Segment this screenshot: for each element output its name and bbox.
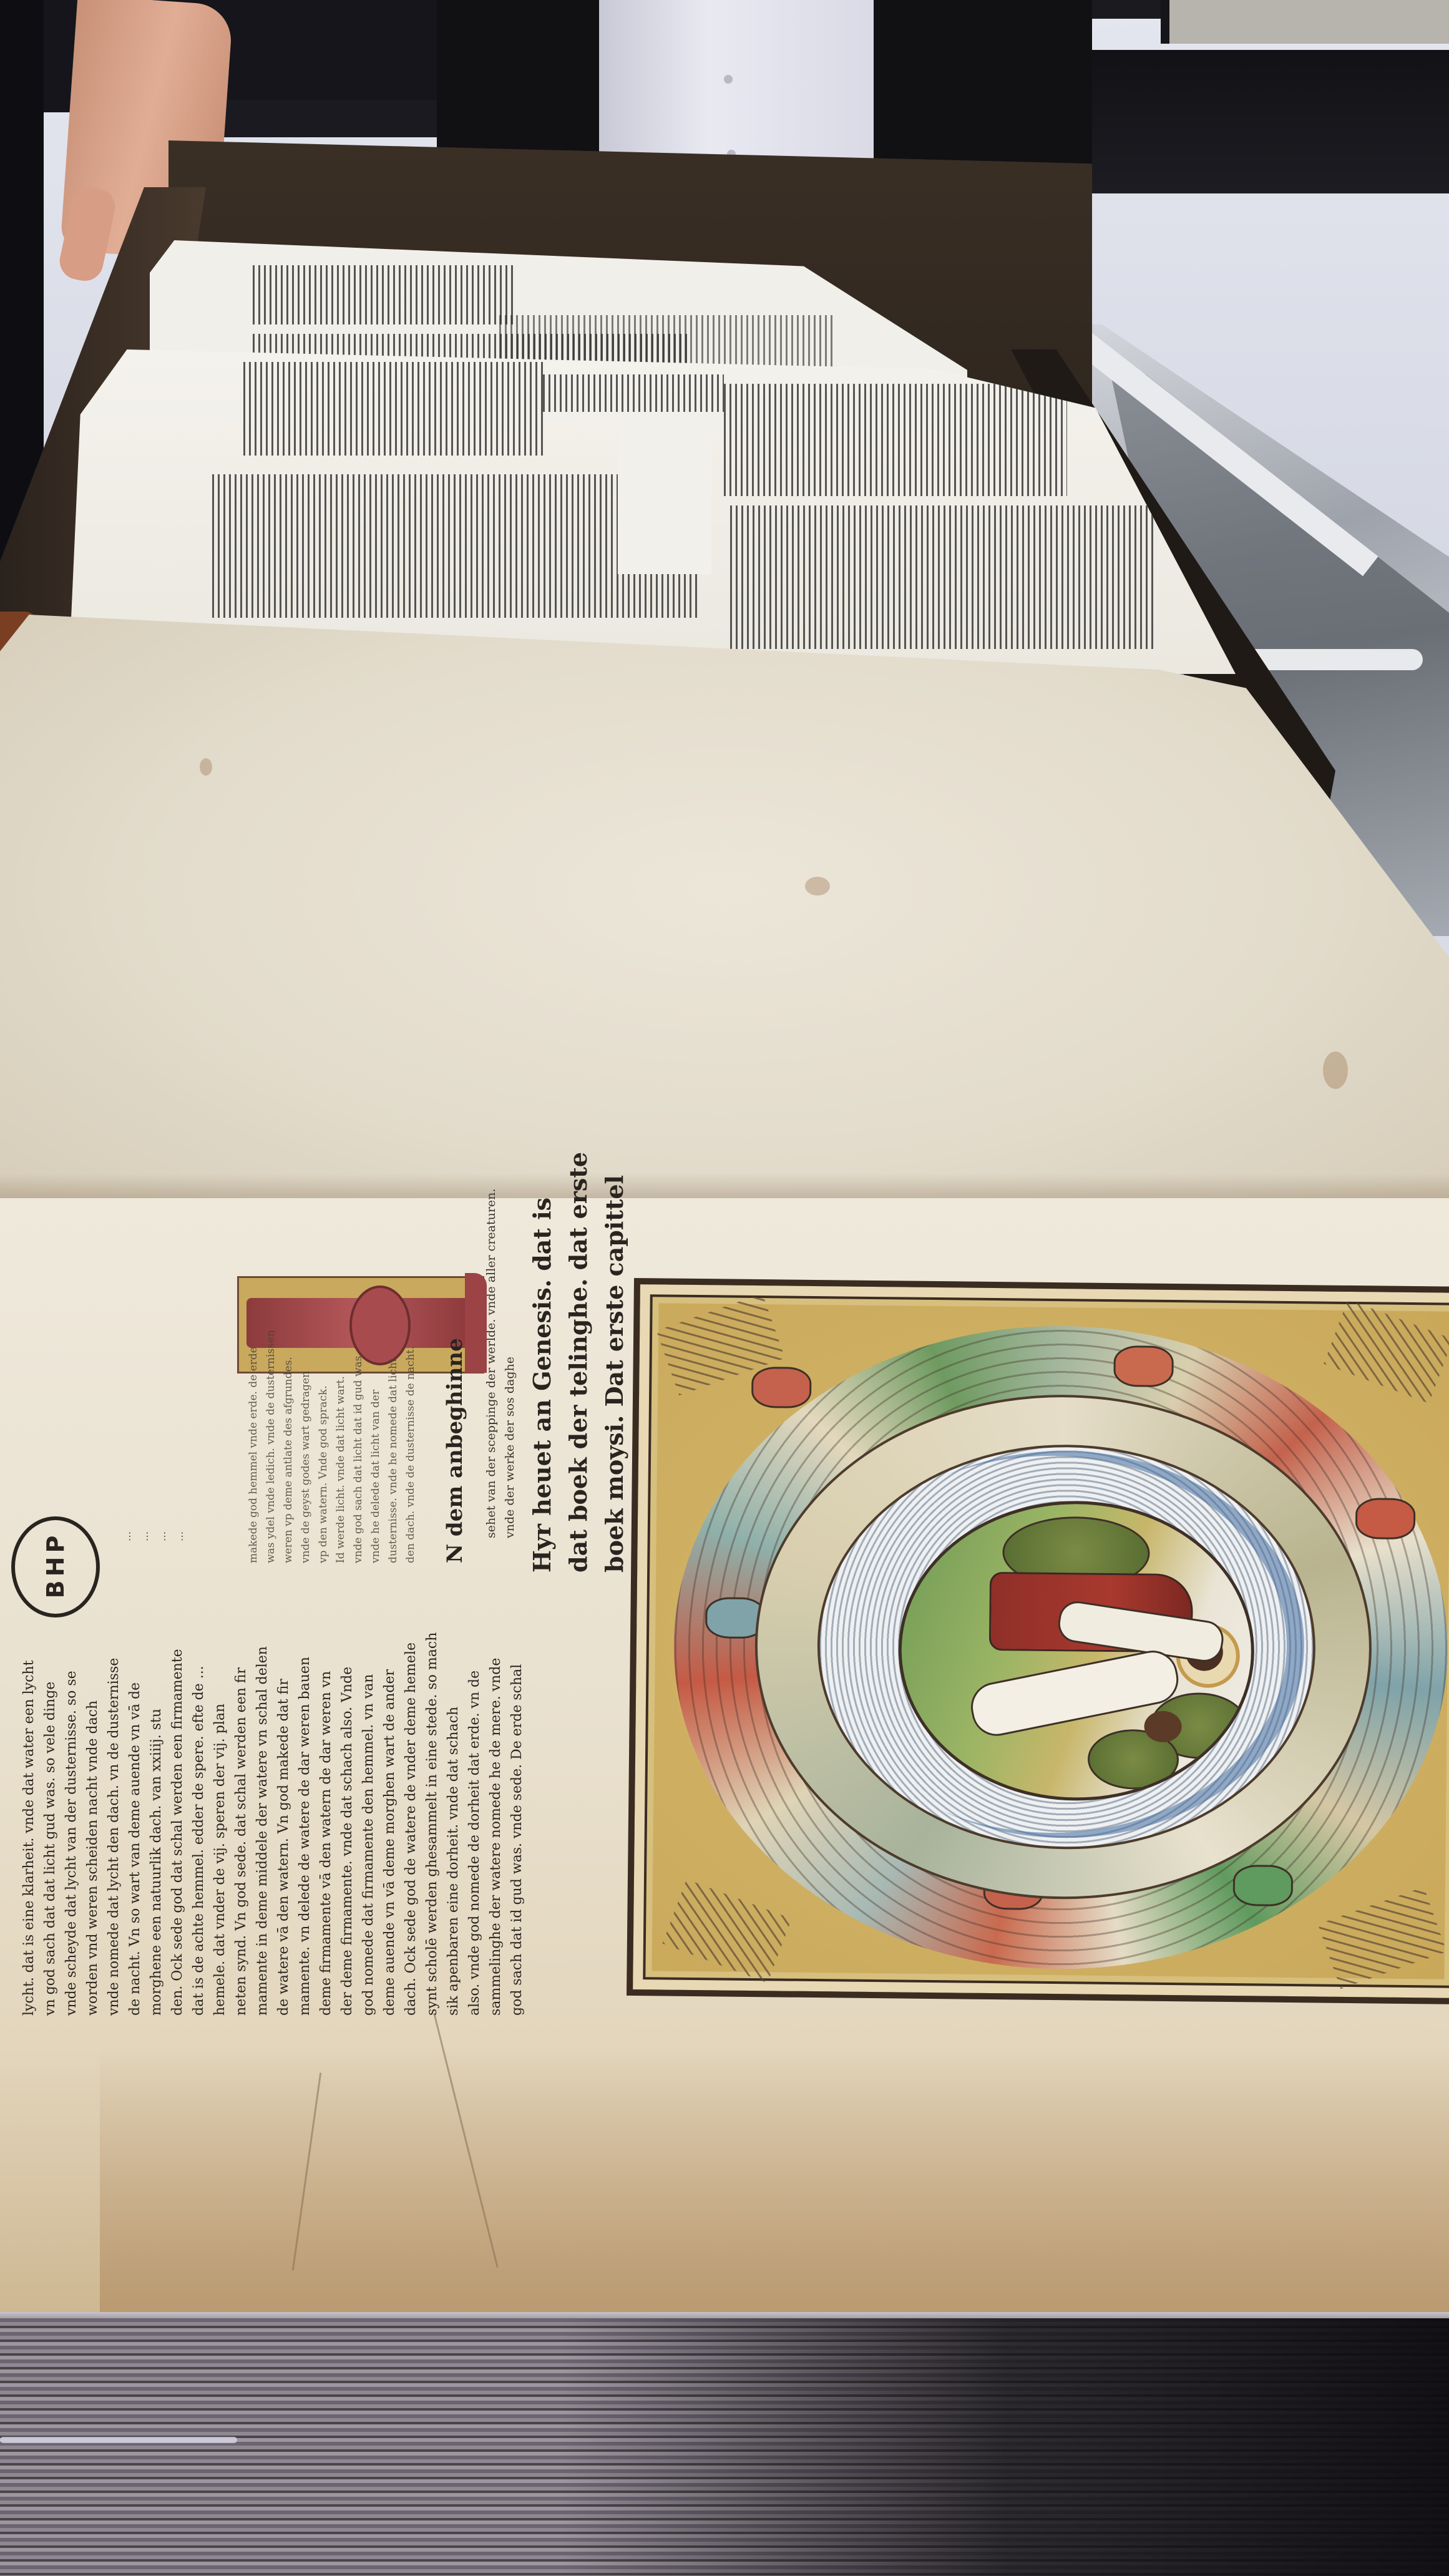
text-column-a: makede god hemmel vnde erde. de erde was… xyxy=(245,1376,419,1563)
summary-line: vnde der werke der sos daghe xyxy=(500,1276,519,1538)
text-line: de watere vā den watern. Vn god makede d… xyxy=(273,1585,295,2016)
text-line: Id werde licht. vnde dat licht wart. xyxy=(332,1376,349,1563)
text-line: dach. Ock sede god de watere de vnder de… xyxy=(401,1585,422,2016)
text-block xyxy=(730,505,1154,649)
text-line: neten synd. Vn god sede. dat schal werde… xyxy=(231,1585,252,2016)
text-line: synt scholē werden ghesammelt in eine st… xyxy=(422,1585,443,2016)
incipit-text: N dem anbeghinne xyxy=(437,1376,473,1563)
text-line: vnde he delede dat licht van der xyxy=(367,1376,384,1563)
text-line: den dach. vnde de dusternisse de nacht. xyxy=(402,1376,419,1563)
text-line: god sach dat id gud was. vnde sede. De e… xyxy=(507,1585,528,2016)
text-line: god nomede dat firmamente den hemmel. vn… xyxy=(358,1585,379,2016)
text-line: weren vp deme antlate des afgrundes. xyxy=(280,1376,297,1563)
text-line: hemele. dat vnder de vij. speren der vij… xyxy=(210,1585,231,2016)
text-line: also. vnde god nomede de dorheit dat erd… xyxy=(464,1585,485,2016)
text-line: de nacht. Vn so wart van deme auende vn … xyxy=(125,1585,146,2016)
garden-of-eden xyxy=(897,1499,1256,1802)
heading-line: Hyr heuet an Genesis. dat is xyxy=(524,1279,560,1573)
text-line: deme firmamente vā den watern de dar wer… xyxy=(316,1585,337,2016)
foxing-spot xyxy=(1323,1051,1348,1089)
text-line: worden vnd weren scheiden nacht vnde dac… xyxy=(82,1585,104,2016)
text-line: deme auende vn vā deme morghen wart de a… xyxy=(379,1585,401,2016)
adam-figure-head xyxy=(1144,1711,1182,1743)
text-column-b: lycht. dat is eine klarheit. vnde dat wa… xyxy=(19,1585,528,2016)
woodcut-creation-of-eve xyxy=(627,1278,1449,2004)
text-line: vnde scheyde dat lycht van der dusternis… xyxy=(61,1585,82,2016)
text-block xyxy=(243,362,543,456)
text-line: makede god hemmel vnde erde. de erde xyxy=(245,1376,262,1563)
water-stain xyxy=(100,2047,1449,2328)
text-line: mamente. vn delede de watere de dar were… xyxy=(295,1585,316,2016)
text-line: vn god sach dat dat licht gud was. so ve… xyxy=(40,1585,61,2016)
chapter-summary: sehet van der sceppinge der werlde. vnde… xyxy=(482,1276,519,1538)
text-line: vnde nomede dat lycht den dach. vn de du… xyxy=(104,1585,125,2016)
heading-line: dat boek der telinghe. dat erste xyxy=(560,1279,597,1573)
text-line: dusternisse. vnde he nomede dat licht xyxy=(384,1376,402,1563)
heading-line: boek moysi. Dat erste capittel xyxy=(597,1279,633,1573)
text-line: ... xyxy=(119,1273,136,1541)
text-block xyxy=(543,374,724,412)
text-line: vnde god sach dat licht dat id gud was xyxy=(349,1376,367,1563)
blank-leaf xyxy=(0,615,1449,1226)
text-line: sik apenbaren eine dorheit. vnde dat sch… xyxy=(443,1585,464,2016)
foxing-spot xyxy=(805,877,830,895)
fore-edge-highlight xyxy=(0,2437,237,2443)
text-line: morghene een natuurlik dach. van xxiiij.… xyxy=(146,1585,167,2016)
angel-figure xyxy=(1233,1865,1294,1906)
text-line: dat is de achte hemmel. edder de spere. … xyxy=(188,1585,210,2016)
chapter-heading: Hyr heuet an Genesis. dat is dat boek de… xyxy=(524,1279,633,1573)
text-line: vp den watern. Vnde god sprack. xyxy=(315,1376,332,1563)
text-line: sammelinghe der watere nomede he de mere… xyxy=(485,1585,507,2016)
angel-figure xyxy=(1113,1345,1174,1387)
text-line: ... xyxy=(171,1273,188,1541)
text-column-left: ... ... ... ... xyxy=(119,1273,188,1541)
text-line: den. Ock sede god dat schal werden een f… xyxy=(167,1585,188,2016)
shirt-button xyxy=(724,75,733,84)
initial-ornament xyxy=(349,1286,411,1365)
text-block xyxy=(253,265,515,324)
chapter-gap xyxy=(618,412,711,574)
window-pane xyxy=(1161,0,1449,44)
text-line: was ydel vnde ledich. vnde de dusterniss… xyxy=(262,1376,280,1563)
incipit: N dem anbeghinne xyxy=(437,1376,473,1563)
text-line: ... xyxy=(136,1273,154,1541)
angel-figure xyxy=(751,1367,812,1408)
window-sill xyxy=(1030,50,1449,193)
text-line: lycht. dat is eine klarheit. vnde dat wa… xyxy=(19,1585,40,2016)
text-line: ... xyxy=(154,1273,171,1541)
text-block xyxy=(724,384,1067,496)
foxing-spot xyxy=(200,758,212,776)
stamp-letter: P xyxy=(42,1536,69,1553)
angel-figure xyxy=(1355,1498,1416,1539)
initial-serif xyxy=(465,1273,487,1373)
text-line: mamente in deme middele der watere vn sc… xyxy=(252,1585,273,2016)
text-line: vnde de geyst godes wart gedragen xyxy=(297,1376,315,1563)
fore-edge-shadow xyxy=(562,2318,1449,2576)
stamp-letter: H xyxy=(42,1557,69,1577)
text-line: der deme firmamente. vnde dat schach als… xyxy=(337,1585,358,2016)
